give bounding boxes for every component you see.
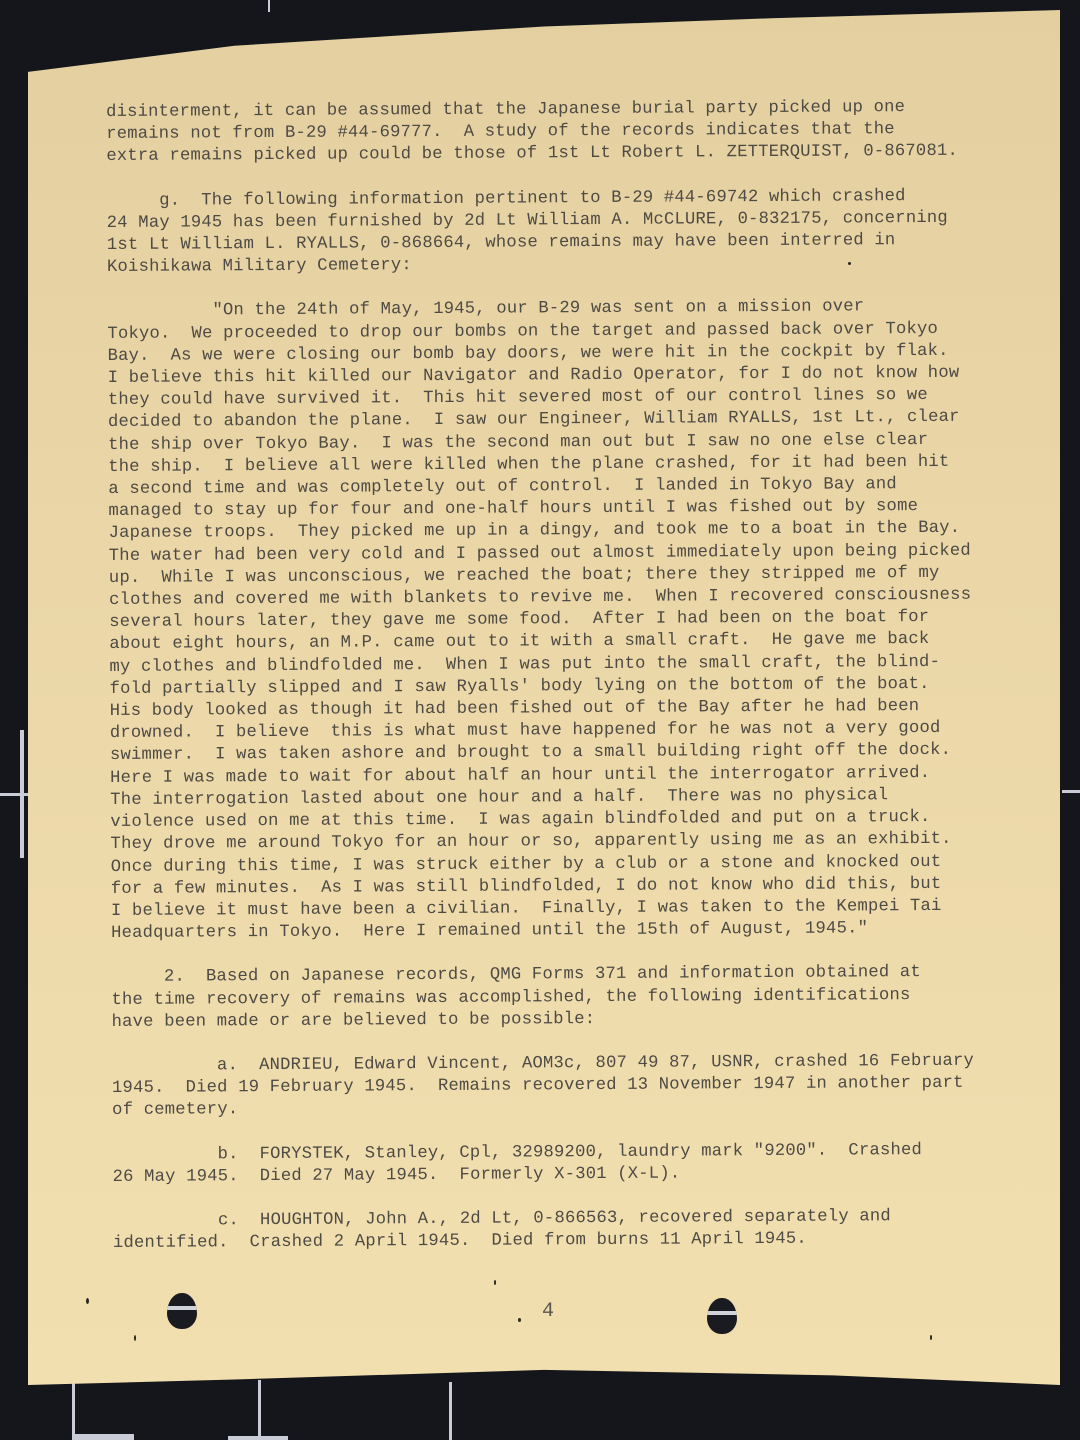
identification-item-c: c. HOUGHTON, John A., 2d Lt, 0-866563, r… (113, 1205, 1013, 1255)
identification-item-b: b. FORYSTEK, Stanley, Cpl, 32989200, lau… (112, 1139, 1012, 1189)
grid-line (449, 1382, 452, 1440)
paper-speck (86, 1298, 89, 1304)
paragraph-continuation: disinterment, it can be assumed that the… (106, 97, 1006, 169)
witness-statement-quote: "On the 24th of May, 1945, our B-29 was … (107, 296, 1011, 945)
identification-item-a: a. ANDRIEU, Edward Vincent, AOM3c, 807 4… (112, 1050, 1012, 1122)
grid-line (228, 1436, 288, 1440)
punch-hole-left (167, 1293, 197, 1329)
paper-speck (848, 262, 851, 265)
page-number: 4 (542, 1300, 554, 1323)
paper-speck (494, 1280, 496, 1285)
paper-speck (930, 1335, 932, 1340)
text-line: identified. Crashed 2 April 1945. Died f… (113, 1228, 1013, 1256)
text-line: have been made or are believed to be pos… (112, 1006, 1012, 1034)
paragraph-g: g. The following information pertinent t… (107, 185, 1008, 279)
grid-line (20, 730, 24, 858)
grid-line (1062, 790, 1080, 793)
paper-speck (134, 1335, 136, 1341)
paper-speck (518, 1318, 521, 1322)
paragraph-2: 2. Based on Japanese records, QMG Forms … (111, 962, 1011, 1034)
grid-line (72, 1382, 75, 1440)
text-line: extra remains picked up could be those o… (106, 141, 1006, 169)
text-line: 26 May 1945. Died 27 May 1945. Formerly … (113, 1161, 1013, 1189)
grid-line (258, 1380, 261, 1440)
grid-line (268, 0, 270, 12)
punch-hole-right (707, 1298, 737, 1334)
text-line: Koishikawa Military Cemetery: (107, 252, 1007, 280)
grid-line (72, 1434, 134, 1440)
document-body: disinterment, it can be assumed that the… (106, 97, 1013, 1278)
text-line: Headquarters in Tokyo. Here I remained u… (111, 918, 1011, 946)
